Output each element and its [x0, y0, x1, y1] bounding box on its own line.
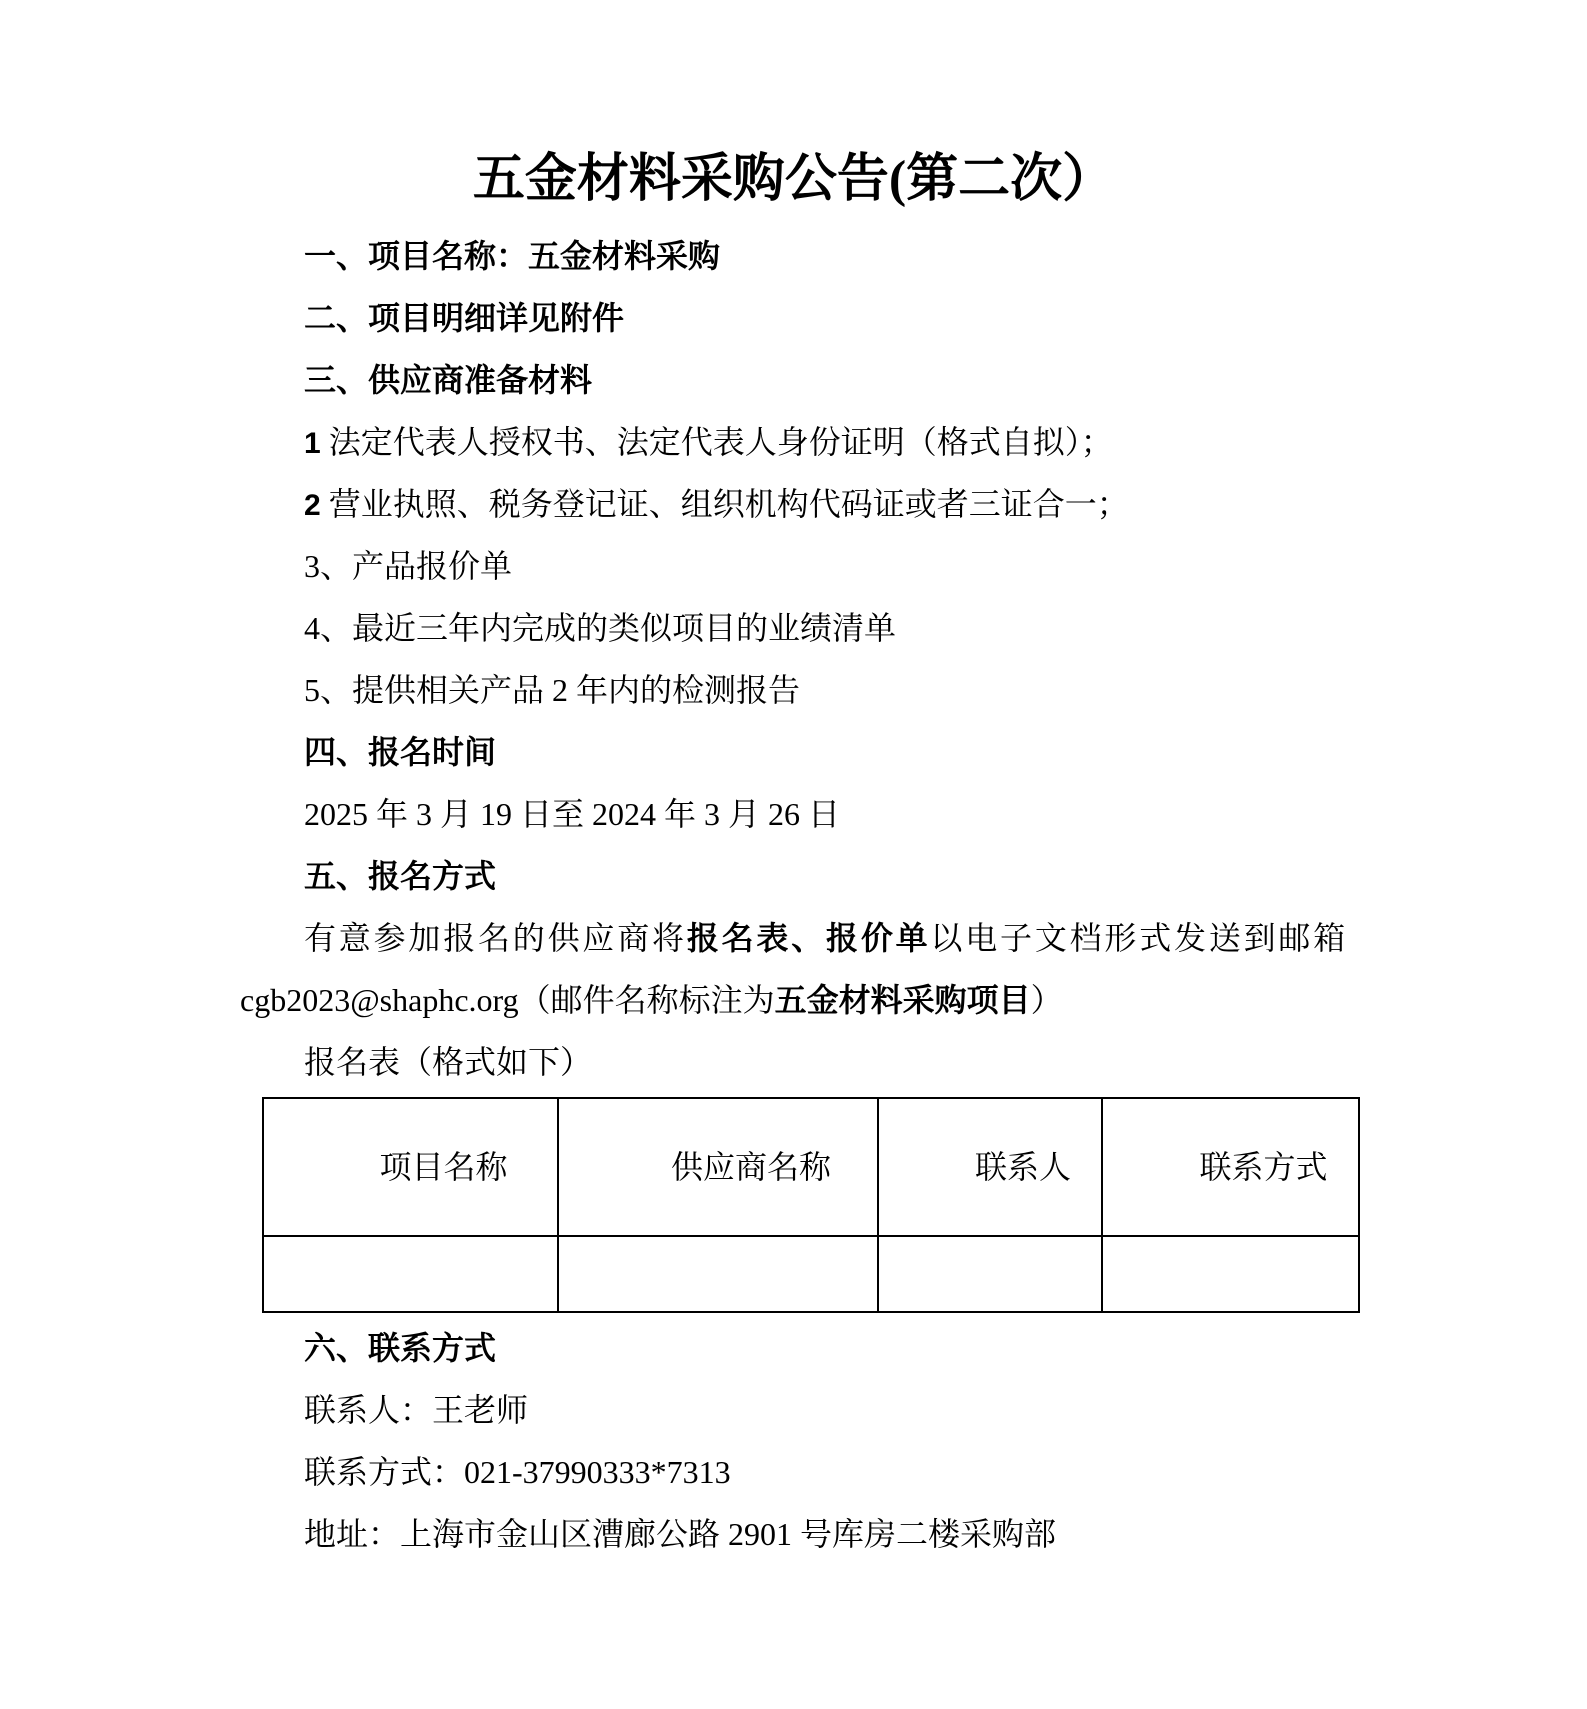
- signup-table-header-row: 项目名称 供应商名称 联系人 联系方式: [263, 1098, 1359, 1236]
- email-line: cgb2023@shaphc.org（邮件名称标注为五金材料采购项目）: [240, 969, 1365, 1031]
- item-text: 法定代表人授权书、法定代表人身份证明（格式自拟）；: [321, 424, 1113, 460]
- section-heading-five: 五、报名方式: [240, 845, 1365, 907]
- document-title: 五金材料采购公告(第二次）: [0, 148, 1587, 212]
- signup-table: 项目名称 供应商名称 联系人 联系方式: [262, 1097, 1360, 1313]
- section-heading-four: 四、报名时间: [240, 721, 1365, 783]
- item-marker: 1: [304, 427, 321, 460]
- submission-bold: 报名表、报价单: [687, 920, 931, 956]
- email-note-bold: 五金材料采购项目: [775, 982, 1031, 1018]
- document-page: 五金材料采购公告(第二次） 一、项目名称：五金材料采购 二、项目明细详见附件 三…: [0, 0, 1587, 1709]
- header-contact-person: 联系人: [878, 1098, 1102, 1236]
- material-item-1: 1 法定代表人授权书、法定代表人身份证明（格式自拟）；: [240, 411, 1365, 473]
- cell-project-name: [263, 1236, 558, 1312]
- document-body: 一、项目名称：五金材料采购 二、项目明细详见附件 三、供应商准备材料 1 法定代…: [240, 225, 1365, 1565]
- email-note-prefix: （邮件名称标注为: [519, 982, 775, 1018]
- material-item-5: 5、提供相关产品 2 年内的检测报告: [240, 659, 1365, 721]
- item-text: 最近三年内完成的类似项目的业绩清单: [352, 610, 896, 646]
- item-marker: 4、: [304, 610, 352, 646]
- item-marker: 5、: [304, 672, 352, 708]
- cell-contact-person: [878, 1236, 1102, 1312]
- item-marker: 2: [304, 489, 321, 522]
- material-item-4: 4、最近三年内完成的类似项目的业绩清单: [240, 597, 1365, 659]
- contact-person: 联系人：王老师: [240, 1379, 1365, 1441]
- contact-address: 地址：上海市金山区漕廊公路 2901 号库房二楼采购部: [240, 1503, 1365, 1565]
- material-item-2: 2 营业执照、税务登记证、组织机构代码证或者三证合一；: [240, 473, 1365, 535]
- registration-period: 2025 年 3 月 19 日至 2024 年 3 月 26 日: [240, 783, 1365, 845]
- section-heading-one: 一、项目名称：五金材料采购: [240, 225, 1365, 287]
- email-note-suffix: ）: [1031, 982, 1063, 1018]
- item-text: 提供相关产品 2 年内的检测报告: [352, 672, 800, 708]
- submission-prefix: 有意参加报名的供应商将: [304, 920, 687, 956]
- item-text: 营业执照、税务登记证、组织机构代码证或者三证合一；: [321, 486, 1129, 522]
- item-marker: 3、: [304, 548, 352, 584]
- submission-instruction: 有意参加报名的供应商将报名表、报价单以电子文档形式发送到邮箱: [240, 907, 1365, 969]
- header-supplier-name: 供应商名称: [558, 1098, 878, 1236]
- item-text: 产品报价单: [352, 548, 512, 584]
- section-heading-three: 三、供应商准备材料: [240, 349, 1365, 411]
- header-project-name: 项目名称: [263, 1098, 558, 1236]
- signup-table-empty-row: [263, 1236, 1359, 1312]
- cell-supplier-name: [558, 1236, 878, 1312]
- cell-contact-method: [1102, 1236, 1359, 1312]
- email-address: cgb2023@shaphc.org: [240, 982, 519, 1018]
- material-item-3: 3、产品报价单: [240, 535, 1365, 597]
- contact-phone: 联系方式：021-37990333*7313: [240, 1441, 1365, 1503]
- section-heading-six: 六、联系方式: [240, 1317, 1365, 1379]
- form-intro: 报名表（格式如下）: [240, 1031, 1365, 1093]
- header-contact-method: 联系方式: [1102, 1098, 1359, 1236]
- section-heading-two: 二、项目明细详见附件: [240, 287, 1365, 349]
- submission-suffix: 以电子文档形式发送到邮箱: [930, 920, 1348, 956]
